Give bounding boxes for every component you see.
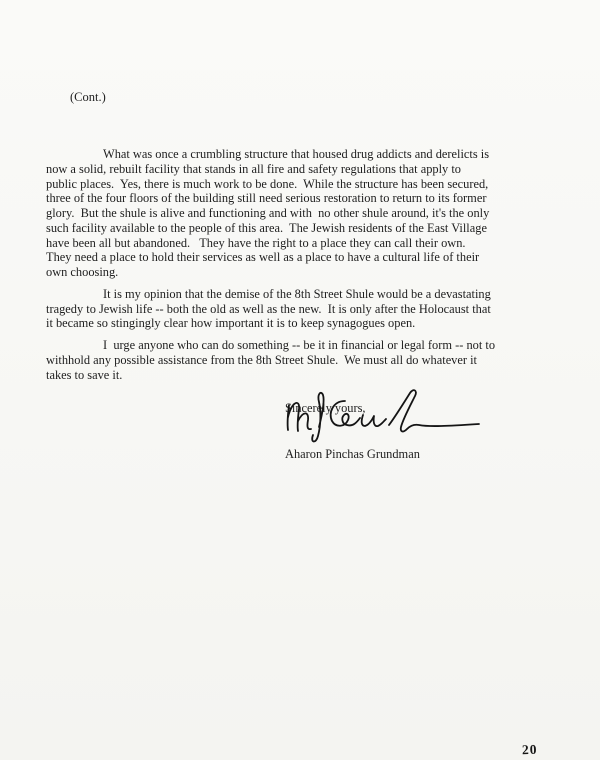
paragraph-line: withhold any possible assistance from th… [46, 353, 556, 368]
body-paragraph: What was once a crumbling structure that… [46, 147, 556, 280]
paragraph-line: own choosing. [46, 265, 556, 280]
paragraph-line: takes to save it. [46, 368, 556, 383]
paragraph-line: now a solid, rebuilt facility that stand… [46, 162, 556, 177]
paragraph-line: such facility available to the people of… [46, 221, 556, 236]
signature-image [283, 389, 483, 447]
closing-block: Sincerely yours, Aharon Pinchas Grundman [285, 401, 495, 471]
paragraph-line: it became so stingingly clear how import… [46, 316, 556, 331]
continuation-label: (Cont.) [70, 90, 106, 105]
body-paragraph: It is my opinion that the demise of the … [46, 287, 556, 331]
paragraph-line: public places. Yes, there is much work t… [46, 177, 556, 192]
document-page: (Cont.) What was once a crumbling struct… [0, 0, 600, 760]
paragraph-line: I urge anyone who can do something -- be… [46, 338, 556, 353]
paragraph-line: have been all but abandoned. They have t… [46, 236, 556, 251]
body-paragraph: I urge anyone who can do something -- be… [46, 338, 556, 382]
page-number-annotation: 20 [522, 742, 538, 759]
paragraph-line: What was once a crumbling structure that… [46, 147, 556, 162]
signer-name: Aharon Pinchas Grundman [285, 447, 420, 462]
paragraph-line: glory. But the shule is alive and functi… [46, 206, 556, 221]
paragraph-line: They need a place to hold their services… [46, 250, 556, 265]
paragraph-line: three of the four floors of the building… [46, 191, 556, 206]
paragraph-line: It is my opinion that the demise of the … [46, 287, 556, 302]
paragraph-line: tragedy to Jewish life -- both the old a… [46, 302, 556, 317]
letter-body: What was once a crumbling structure that… [46, 147, 556, 389]
